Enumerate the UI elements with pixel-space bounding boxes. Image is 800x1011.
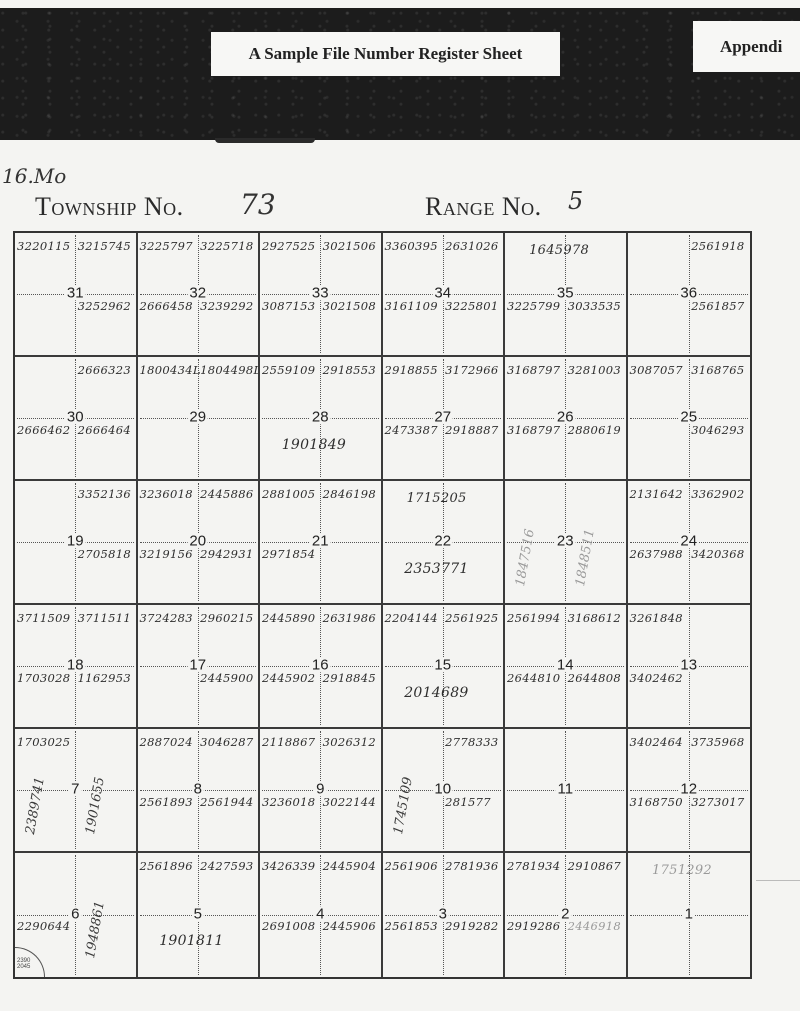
file-number-nw: 3261848 — [630, 611, 683, 625]
file-number-nw: 3225797 — [140, 239, 193, 253]
section-number: 15 — [432, 657, 453, 672]
file-number-nw: 3711509 — [17, 611, 70, 625]
file-number-rotated: 2389741 — [23, 776, 48, 836]
file-number-se: 3046293 — [691, 423, 744, 437]
file-number-sw: 2561893 — [140, 795, 193, 809]
file-number-ne: 1804498L — [200, 363, 260, 377]
file-number-se: 2561944 — [200, 795, 253, 809]
file-number-sw: 3087153 — [262, 299, 315, 313]
file-number-sw: 3168797 — [507, 423, 560, 437]
section-number: 28 — [310, 409, 331, 424]
file-number-ne: 3172966 — [445, 363, 498, 377]
section-30: 30266632326664622666464 — [15, 357, 138, 481]
file-number-sw: 2445902 — [262, 671, 315, 685]
file-number-sw: 2290644 — [17, 919, 70, 933]
file-number-nw: 2204144 — [385, 611, 438, 625]
section-35: 35164597832257993033535 — [505, 233, 628, 357]
file-number-rotated: 1948861 — [83, 900, 108, 960]
file-number-ne: 3352136 — [78, 487, 131, 501]
section-number: 11 — [555, 781, 575, 796]
township-section-grid: 3132201153215745325296232322579732257182… — [13, 231, 752, 979]
file-number-ne: 2445886 — [200, 487, 253, 501]
file-number-ne: 2427593 — [200, 859, 253, 873]
file-number-sw: 2561853 — [385, 919, 438, 933]
file-number-s: 1901849 — [282, 437, 346, 453]
file-number-ne: 2631026 — [445, 239, 498, 253]
section-5: 5256189624275931901811 — [138, 853, 261, 977]
file-number-se: 2445900 — [200, 671, 253, 685]
section-23: 2318475161848511 — [505, 481, 628, 605]
file-number-sw: 3225799 — [507, 299, 560, 313]
file-number-nw: 2131642 — [630, 487, 683, 501]
section-2: 22781934291086729192862446918 — [505, 853, 628, 977]
section-number: 29 — [187, 409, 208, 424]
section-18: 183711509371151117030281162953 — [15, 605, 138, 729]
file-number-sw: 3168750 — [630, 795, 683, 809]
file-number-n: 1715205 — [407, 491, 467, 506]
file-number-ne: 3735968 — [691, 735, 744, 749]
section-10: 1027783331745109281577 — [383, 729, 506, 853]
section-7: 7170302523897411901655 — [15, 729, 138, 853]
section-14: 142561994316861226448102644808 — [505, 605, 628, 729]
file-number-se: 3021508 — [323, 299, 376, 313]
section-number: 22 — [432, 533, 453, 548]
file-number-se: 3022144 — [323, 795, 376, 809]
range-label: Range No. — [425, 192, 542, 222]
section-36: 3625619182561857 — [628, 233, 751, 357]
file-number-nw: 2781934 — [507, 859, 560, 873]
file-number-nw: 1800434L — [140, 363, 201, 377]
file-number-se: 2919282 — [445, 919, 498, 933]
file-number-se: 3033535 — [568, 299, 621, 313]
section-26: 263168797328100331687972880619 — [505, 357, 628, 481]
file-number-nw: 2445890 — [262, 611, 315, 625]
file-number-ne: 2910867 — [568, 859, 621, 873]
file-number-se: 2918887 — [445, 423, 498, 437]
file-number-nw: 3724283 — [140, 611, 193, 625]
file-number-n: 1645978 — [529, 243, 589, 258]
appendix-label: Appendi — [693, 21, 800, 72]
file-number-sw: 3402462 — [630, 671, 683, 685]
file-number-ne: 3281003 — [568, 363, 621, 377]
file-number-se: 3273017 — [691, 795, 744, 809]
file-number-nw: 3426339 — [262, 859, 315, 873]
file-number-ne: 2445904 — [323, 859, 376, 873]
section-8: 82887024304628725618932561944 — [138, 729, 261, 853]
file-number-rotated: 1901655 — [83, 776, 108, 836]
file-number-sw: 1703028 — [17, 671, 70, 685]
section-number: 1 — [683, 906, 695, 921]
section-number: 6 — [69, 906, 81, 921]
range-value: 5 — [568, 187, 583, 215]
section-1: 11751292 — [628, 853, 751, 977]
file-number-nw: 3402464 — [630, 735, 683, 749]
file-number-ne: 3362902 — [691, 487, 744, 501]
section-9: 92118867302631232360183022144 — [260, 729, 383, 853]
section-22: 2217152052353771 — [383, 481, 506, 605]
file-number-ne: 3168765 — [691, 363, 744, 377]
file-number-nw: 3168797 — [507, 363, 560, 377]
file-number-nw: 2561994 — [507, 611, 560, 625]
section-16: 162445890263198624459022918845 — [260, 605, 383, 729]
township-value: 73 — [240, 188, 276, 221]
section-24: 242131642336290226379883420368 — [628, 481, 751, 605]
file-number-sw: 3219156 — [140, 547, 193, 561]
section-32: 323225797322571826664583239292 — [138, 233, 261, 357]
file-number-se: 3420368 — [691, 547, 744, 561]
file-number-nw: 2561896 — [140, 859, 193, 873]
file-number-sw: 2691008 — [262, 919, 315, 933]
file-number-se: 2880619 — [568, 423, 621, 437]
page-title: A Sample File Number Register Sheet — [211, 32, 560, 76]
section-15: 15220414425619252014689 — [383, 605, 506, 729]
file-number-se: 2446918 — [568, 919, 621, 933]
file-number-sw: 3236018 — [262, 795, 315, 809]
scan-smudge — [215, 138, 315, 143]
section-33: 332927525302150630871533021508 — [260, 233, 383, 357]
file-number-nw: 2561906 — [385, 859, 438, 873]
section-34: 343360395263102631611093225801 — [383, 233, 506, 357]
file-number-ne: 3046287 — [200, 735, 253, 749]
section-19: 1933521362705818 — [15, 481, 138, 605]
file-number-ne: 3215745 — [78, 239, 131, 253]
file-number-se: 3239292 — [200, 299, 253, 313]
section-12: 123402464373596831687503273017 — [628, 729, 751, 853]
file-number-nw: 3360395 — [385, 239, 438, 253]
section-29: 291800434L1804498L — [138, 357, 261, 481]
file-number-se: 2644808 — [568, 671, 621, 685]
file-number-se: 2561857 — [691, 299, 744, 313]
section-17: 17372428329602152445900 — [138, 605, 261, 729]
section-3: 32561906278193625618532919282 — [383, 853, 506, 977]
file-number-nw: 2559109 — [262, 363, 315, 377]
section-13: 1332618483402462 — [628, 605, 751, 729]
file-number-sw: 2473387 — [385, 423, 438, 437]
file-number-se: 1162953 — [78, 671, 131, 685]
file-number-n: 1751292 — [652, 863, 712, 878]
file-number-rotated: 1745109 — [391, 776, 416, 836]
section-number: 7 — [69, 781, 81, 796]
file-number-ne: 2781936 — [445, 859, 498, 873]
file-number-ne: 2960215 — [200, 611, 253, 625]
file-number-ne: 3026312 — [323, 735, 376, 749]
file-number-ne: 2846198 — [323, 487, 376, 501]
corner-stamp: 2390 2045 — [15, 947, 45, 977]
file-number-rotated: 1847516 — [513, 528, 538, 588]
section-31: 31322011532157453252962 — [15, 233, 138, 357]
file-number-s: 2353771 — [404, 561, 468, 577]
section-20: 203236018244588632191562942931 — [138, 481, 261, 605]
file-number-se: 2666464 — [78, 423, 131, 437]
file-number-sw: 2644810 — [507, 671, 560, 685]
section-number: 23 — [555, 533, 576, 548]
file-number-ne: 2561925 — [445, 611, 498, 625]
file-number-rotated: 1848511 — [573, 528, 598, 588]
section-11: 11 — [505, 729, 628, 853]
file-number-nw: 3236018 — [140, 487, 193, 501]
file-number-ne: 2631986 — [323, 611, 376, 625]
file-number-s: 1901811 — [159, 933, 223, 949]
file-number-nw: 2918855 — [385, 363, 438, 377]
file-number-se: 2918845 — [323, 671, 376, 685]
section-21: 21288100528461982971854 — [260, 481, 383, 605]
file-number-sw: 2637988 — [630, 547, 683, 561]
file-number-ne: 2666323 — [78, 363, 131, 377]
file-number-nw: 3220115 — [17, 239, 70, 253]
file-number-nw: 1703025 — [17, 735, 70, 749]
file-number-sw: 2971854 — [262, 547, 315, 561]
file-number-nw: 2887024 — [140, 735, 193, 749]
file-number-nw: 2927525 — [262, 239, 315, 253]
margin-line — [756, 880, 800, 881]
section-4: 43426339244590426910082445906 — [260, 853, 383, 977]
file-number-se: 3225801 — [445, 299, 498, 313]
file-number-nw: 2118867 — [262, 735, 315, 749]
file-number-s: 2014689 — [404, 685, 468, 701]
file-number-se: 2942931 — [200, 547, 253, 561]
section-28: 28255910929185531901849 — [260, 357, 383, 481]
section-6: 6229064419488612390 2045 — [15, 853, 138, 977]
section-25: 25308705731687653046293 — [628, 357, 751, 481]
file-number-nw: 3087057 — [630, 363, 683, 377]
corner-note: 16.Mo — [2, 164, 66, 188]
file-number-sw: 2919286 — [507, 919, 560, 933]
file-number-ne: 2561918 — [691, 239, 744, 253]
file-number-ne: 3021506 — [323, 239, 376, 253]
file-number-se: 281577 — [445, 795, 491, 809]
section-number: 5 — [192, 906, 204, 921]
file-number-ne: 2918553 — [323, 363, 376, 377]
file-number-sw: 2666458 — [140, 299, 193, 313]
file-number-sw: 3161109 — [385, 299, 438, 313]
file-number-sw: 2666462 — [17, 423, 70, 437]
section-27: 272918855317296624733872918887 — [383, 357, 506, 481]
file-number-ne: 3168612 — [568, 611, 621, 625]
file-number-se: 2705818 — [78, 547, 131, 561]
file-number-ne: 3711511 — [78, 611, 131, 625]
file-number-se: 3252962 — [78, 299, 131, 313]
file-number-se: 2445906 — [323, 919, 376, 933]
file-number-ne: 3225718 — [200, 239, 253, 253]
township-label: Township No. — [35, 192, 184, 222]
file-number-nw: 2881005 — [262, 487, 315, 501]
file-number-ne: 2778333 — [445, 735, 498, 749]
